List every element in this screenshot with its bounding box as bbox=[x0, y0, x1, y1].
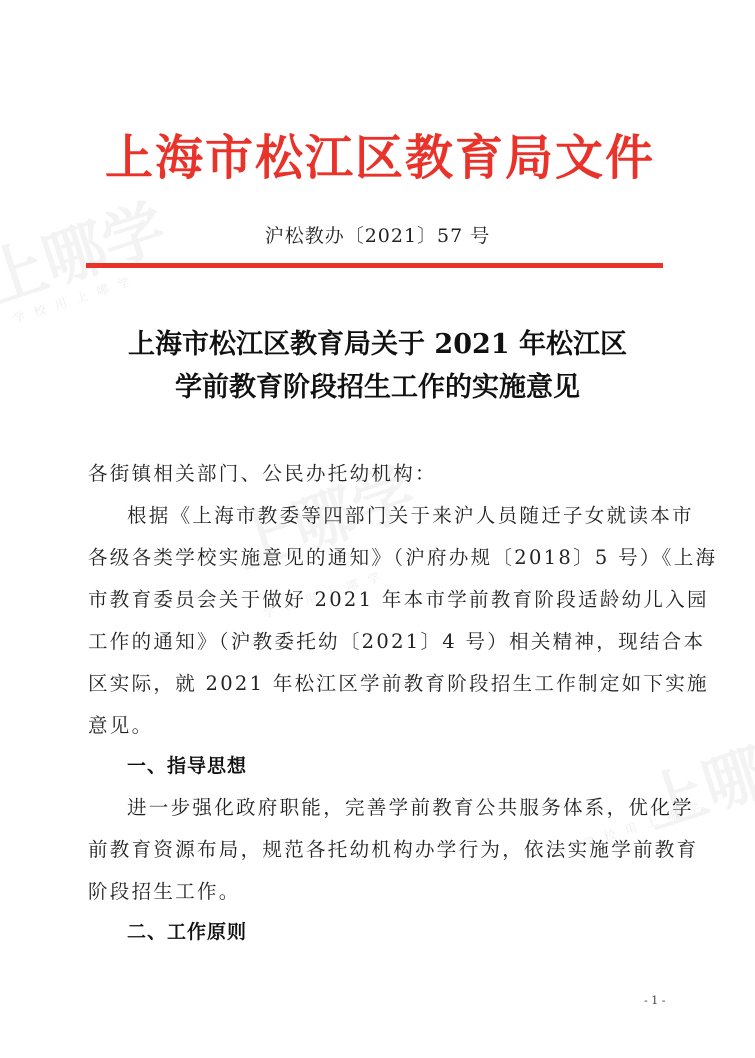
document-title-line-2: 学前教育阶段招生工作的实施意见 bbox=[0, 370, 755, 406]
paragraph-line: 区实际，就 2021 年松江区学前教育阶段招生工作制定如下实施 bbox=[88, 669, 709, 699]
page-number: - 1 - bbox=[644, 994, 665, 1007]
paragraph-line: 各级各类学校实施意见的通知》（沪府办规〔2018〕5 号）《上海 bbox=[88, 543, 717, 573]
paragraph-line: 工作的通知》（沪教委托幼〔2021〕4 号）相关精神，现结合本 bbox=[88, 627, 705, 657]
paragraph-line: 市教育委员会关于做好 2021 年本市学前教育阶段适龄幼儿入园 bbox=[88, 585, 709, 615]
salutation: 各街镇相关部门、公民办托幼机构： bbox=[88, 459, 437, 489]
document-title-line-1: 上海市松江区教育局关于 2021 年松江区 bbox=[0, 327, 755, 363]
red-divider-line bbox=[86, 263, 663, 268]
paragraph-line: 根据《上海市教委等四部门关于来沪人员随迁子女就读本市 bbox=[127, 501, 694, 531]
watermark-right: 上哪学 bbox=[631, 703, 755, 845]
watermark-left-small: 学校用上哪学 bbox=[11, 270, 142, 327]
paragraph-line: 进一步强化政府职能，完善学前教育公共服务体系，优化学 bbox=[127, 793, 694, 823]
paragraph-line: 阶段招生工作。 bbox=[88, 877, 241, 907]
issuer-header-title: 上海市松江区教育局文件 bbox=[105, 128, 650, 188]
section-heading-work-principles: 二、工作原则 bbox=[127, 917, 247, 947]
section-heading-guiding-ideology: 一、指导思想 bbox=[127, 751, 247, 781]
paragraph-line: 意见。 bbox=[88, 711, 153, 741]
document-page: 上哪学 学校用上哪学 上哪学 学校用上哪学 上哪学 学校用上哪学 上海市松江区教… bbox=[0, 0, 755, 1058]
paragraph-line: 前教育资源布局，规范各托幼机构办学行为，依法实施学前教育 bbox=[88, 835, 698, 865]
document-number: 沪松教办〔2021〕57 号 bbox=[0, 222, 755, 250]
